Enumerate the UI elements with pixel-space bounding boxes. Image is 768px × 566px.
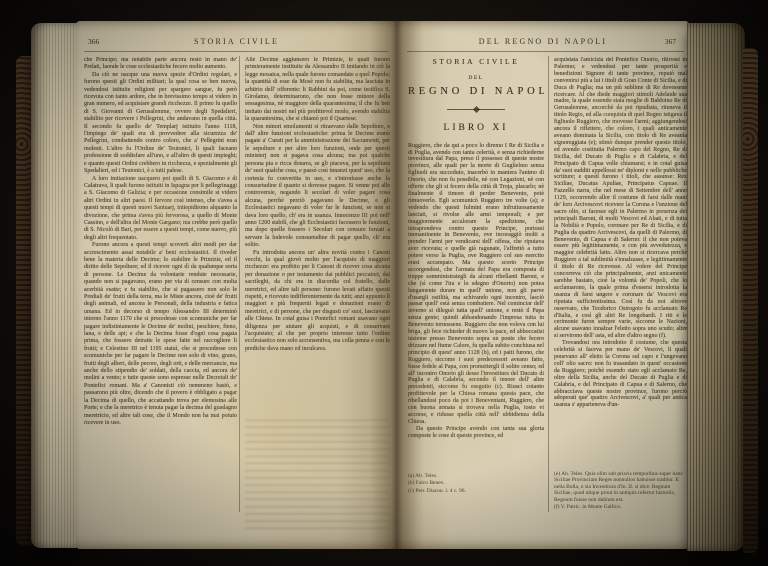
paragraph: Alle Decime aggiunsero le Primizie, le q… [245,57,390,124]
title-main: REGNO DI NAPOLI [408,89,544,96]
page-edges-right [687,23,745,551]
left-page-column-2: Alle Decime aggiunsero le Primizie, le q… [245,57,390,515]
paragraph: Non minori emolumenti si ritraevano dall… [245,124,390,250]
header-rule [407,51,684,52]
footnote: (f) V. Patric. in Monte Gallico. [554,504,687,510]
paragraph: Da questo Principe avendo con tanta sua … [408,426,544,440]
ornament-diamond [472,106,479,113]
footnote: (e) Ab. Teles. Quia olim sub priscis tem… [554,471,687,503]
right-page: DEL REGNO DI NAPOLI 367 STORIA CIVILE DE… [397,21,689,549]
paragraph: Ruggiero, che da qui a poco lo diremo I … [408,143,544,426]
title-del: DEL [408,75,544,82]
paragraph: Da ciò ne nacque una nuova spezie d'Ordi… [84,72,237,176]
left-page-column-1: che Principe; ma notabile parte ancora r… [84,57,237,515]
footnote: (a) Ab. Teles. [408,473,544,479]
ornament-rule [447,106,505,113]
right-running-header: DEL REGNO DI NAPOLI [397,37,689,46]
page-edges-left [31,23,77,548]
footnote: (b) Falco Benev. [408,480,544,486]
footnotes-right-column: (e) Ab. Teles. Quia olim sub priscis tem… [554,471,687,511]
footnotes-left-column: (a) Ab. Teles. (b) Falco Benev. (c) Petr… [408,473,544,509]
column-divider-rule [239,56,240,512]
title-series: STORIA CIVILE [408,59,544,66]
column-divider-rule [548,56,549,512]
paragraph: Furono ancora a questi tempi scoverti al… [84,242,237,427]
left-running-header: STORIA CIVILE [76,37,397,46]
footnote: (c) Petr. Diacon. l. 4 c. 96. [408,488,544,494]
paragraph: Fu introdotta ancora un' altra novità co… [245,250,390,354]
paragraph: Trovandosi ora introdotto il costume, ch… [554,340,687,409]
header-rule [84,51,388,52]
paragraph: acquistata l'amicizia del Pontefice Onor… [554,57,687,340]
right-page-number: 367 [665,37,676,46]
right-page-column-2: acquistata l'amicizia del Pontefice Onor… [554,57,687,465]
paragraph: che Principe; ma notabile parte ancora r… [84,57,237,72]
chapter-heading: LIBRO XI [408,125,544,132]
left-page: 366 STORIA CIVILE che Principe; ma notab… [76,21,397,549]
book-cover-edge-right [743,48,758,553]
right-page-column-1: STORIA CIVILE DEL REGNO DI NAPOLI LIBRO … [408,57,544,467]
book-photo-scene: 366 STORIA CIVILE che Principe; ma notab… [0,0,768,566]
paragraph: A loro imitazione nacquero poi quelli di… [84,176,237,243]
